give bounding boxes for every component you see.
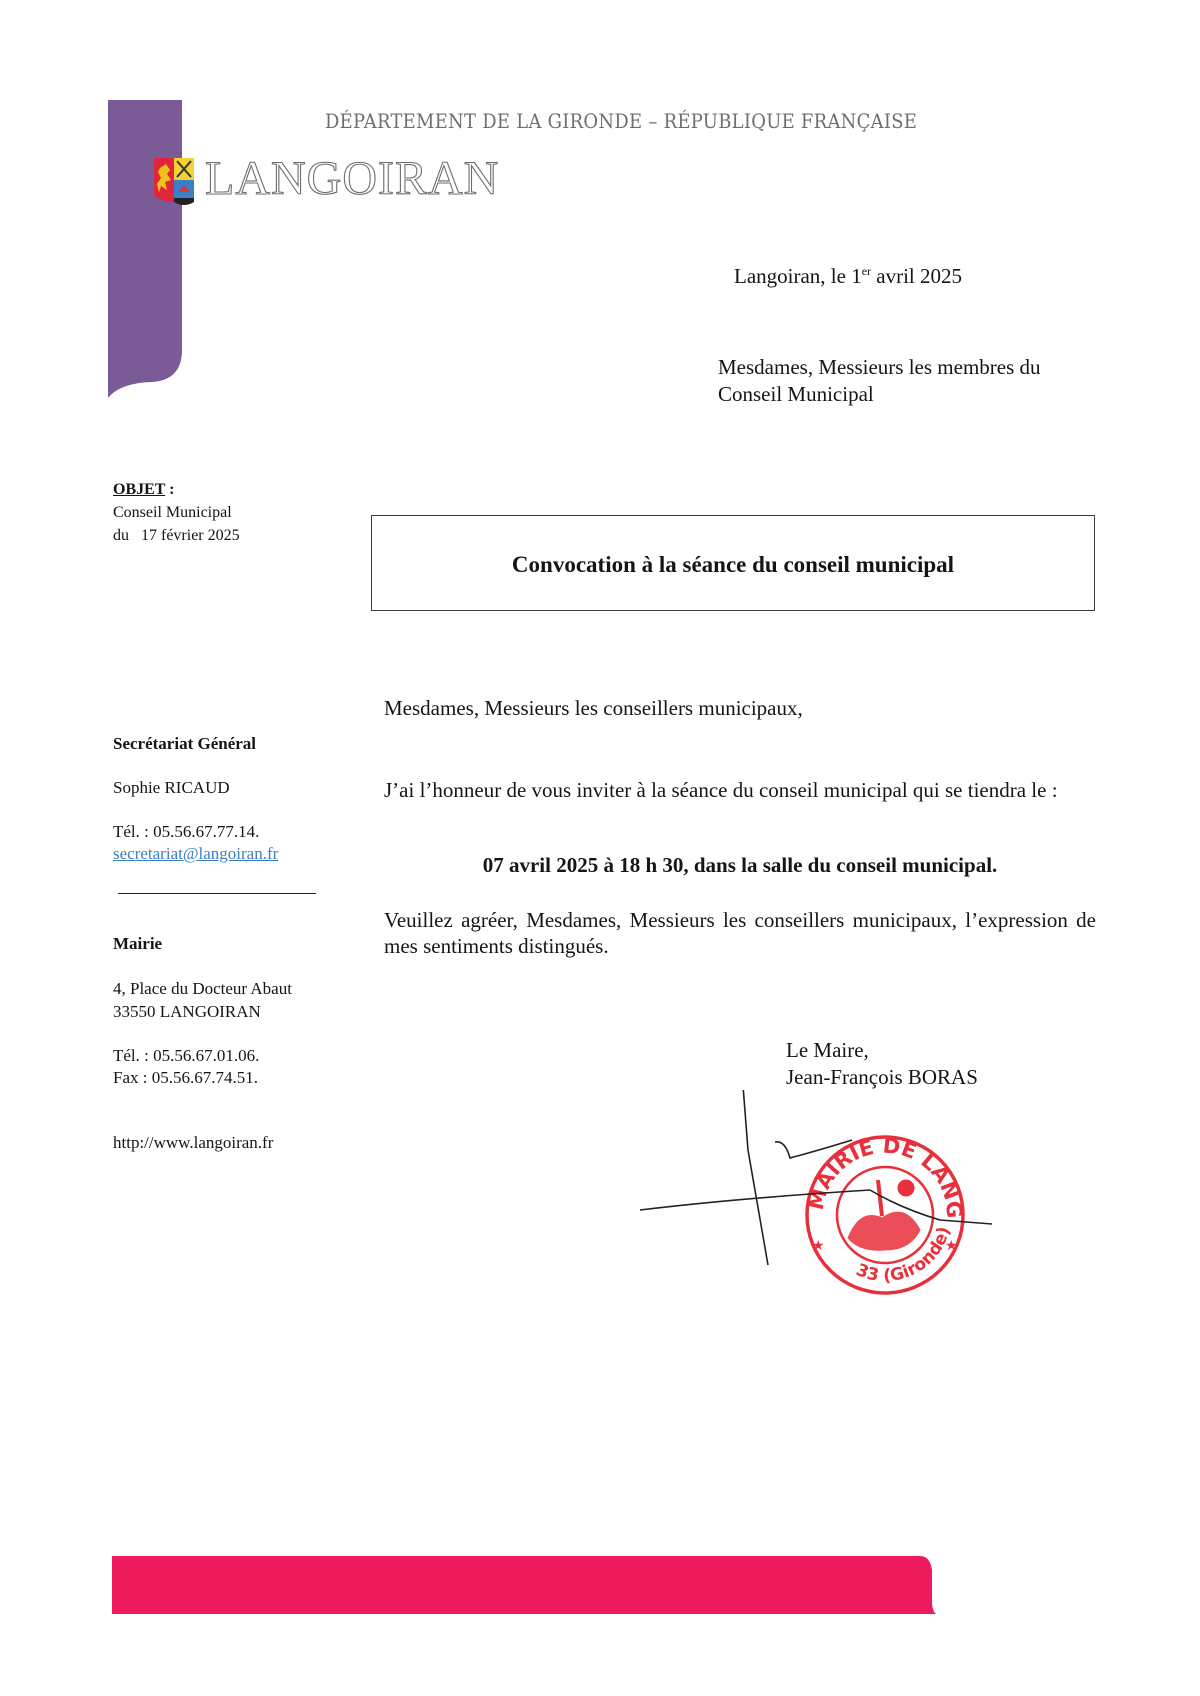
department-heading: DÉPARTEMENT DE LA GIRONDE – RÉPUBLIQUE F… [325,110,917,133]
date-suffix: avril 2025 [871,264,962,288]
secretariat-contact: Sophie RICAUD [113,776,230,799]
meeting-details: 07 avril 2025 à 18 h 30, dans la salle d… [384,853,1096,878]
purple-header-band [108,100,182,398]
mairie-address-line-1: 4, Place du Docteur Abaut [113,977,292,1000]
svg-text:★: ★ [812,1238,825,1254]
town-name-logo: LANGOIRAN [205,155,499,203]
secretariat-email-link[interactable]: secretariat@langoiran.fr [113,842,278,865]
salutation: Mesdames, Messieurs les conseillers muni… [384,695,1096,721]
signatory-name: Jean-François BORAS [786,1064,978,1091]
mairie-fax: Fax : 05.56.67.74.51. [113,1066,258,1089]
pink-footer-band [112,1556,936,1614]
recipient-block: Mesdames, Messieurs les membres du Conse… [718,354,1098,408]
coat-of-arms-icon [152,156,196,208]
objet-line-2: du 17 février 2025 [113,524,240,547]
website-link[interactable]: http://www.langoiran.fr [113,1131,273,1154]
signatory-title: Le Maire, [786,1037,978,1064]
letter-date: Langoiran, le 1er avril 2025 [734,264,962,289]
closing-paragraph: Veuillez agréer, Mesdames, Messieurs les… [384,907,1096,959]
sidebar-divider [118,893,316,894]
objet-separator: : [165,481,174,498]
svg-text:MAIRIE DE LANGOIRAN: MAIRIE DE LANGOIRAN [666,1090,966,1219]
date-prefix: Langoiran, le 1 [734,264,862,288]
invitation-paragraph: J’ai l’honneur de vous inviter à la séan… [384,777,1096,803]
date-superscript: er [862,264,871,278]
subject-title: Convocation à la séance du conseil munic… [512,548,954,578]
objet-label: OBJET [113,481,165,498]
secretariat-phone: Tél. : 05.56.67.77.14. [113,820,259,843]
recipient-line-1: Mesdames, Messieurs les membres du [718,354,1098,381]
subject-box: Convocation à la séance du conseil munic… [371,515,1095,611]
recipient-line-2: Conseil Municipal [718,381,1098,408]
official-stamp-and-signature: ★ ★ MAIRIE DE LANGOIRAN 33 (Gironde) [620,1090,1040,1320]
mairie-address-line-2: 33550 LANGOIRAN [113,1000,261,1023]
secretariat-heading: Secrétariat Général [113,732,256,755]
objet-line-1: Conseil Municipal [113,501,240,524]
signature-block: Le Maire, Jean-François BORAS [786,1037,978,1091]
mairie-heading: Mairie [113,932,162,955]
objet-block: OBJET : Conseil Municipal du 17 février … [113,478,240,547]
mairie-phone: Tél. : 05.56.67.01.06. [113,1044,259,1067]
